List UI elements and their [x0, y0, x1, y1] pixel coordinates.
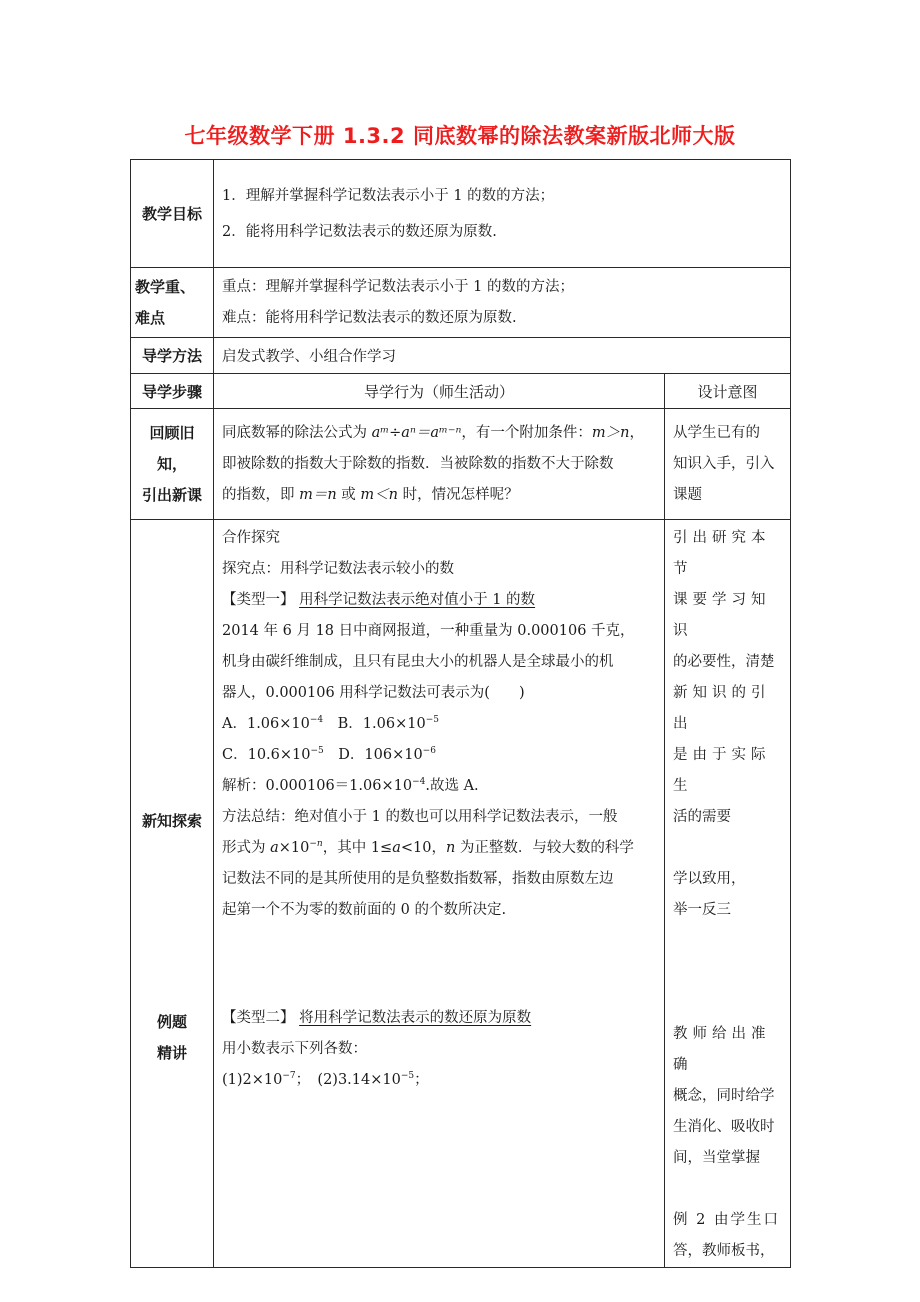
text: 同底数幂的除法公式为: [222, 425, 372, 441]
row-explore: 新知探索 例题 精讲 合作探究 探究点：用科学记数法表示较小的数 【类型一】 用…: [131, 520, 791, 1268]
text: 的指数，即: [222, 487, 299, 503]
intent-line: 活的需要: [673, 802, 782, 833]
label-key-points-line1: 教学重、: [135, 272, 209, 303]
type1-tag: 【类型一】: [222, 592, 295, 608]
explore-content: 合作探究 探究点：用科学记数法表示较小的数 【类型一】 用科学记数法表示绝对值小…: [214, 520, 665, 1268]
exponent: −5: [401, 1071, 414, 1081]
text: ，: [629, 425, 644, 441]
text: 形式为: [222, 840, 270, 856]
goal-2: 2．能将用科学记数法表示的数还原为原数.: [222, 214, 782, 250]
text: 为正整数．与较大数的科学: [455, 840, 634, 856]
text: <10，: [401, 840, 446, 856]
var: a: [392, 840, 401, 856]
text: 或: [337, 487, 361, 503]
label-examples-line2: 精讲: [135, 1038, 209, 1069]
type1-heading: 【类型一】 用科学记数法表示绝对值小于 1 的数: [222, 585, 656, 616]
text: ×10: [279, 840, 310, 856]
label-method: 导学方法: [131, 338, 214, 374]
row-teaching-goals: 教学目标 1．理解并掌握科学记数法表示小于 1 的数的方法； 2．能将用科学记数…: [131, 160, 791, 268]
header-steps: 导学步骤: [131, 374, 214, 409]
intent-line: 引出研究本节: [673, 523, 782, 585]
row-review: 回顾旧知， 引出新课 同底数幂的除法公式为 aᵐ÷aⁿ＝aᵐ⁻ⁿ，有一个附加条件…: [131, 409, 791, 520]
summary-line-4: 起第一个不为零的数前面的 0 的个数所决定.: [222, 895, 656, 926]
header-intent: 设计意图: [665, 374, 791, 409]
intent-line: 生消化、吸收时: [673, 1112, 782, 1143]
text: (1)2×10: [222, 1072, 282, 1088]
goal-1: 1．理解并掌握科学记数法表示小于 1 的数的方法；: [222, 178, 782, 214]
label-key-points-line2: 难点: [135, 303, 209, 334]
summary-line-3: 记数法不同的是其所使用的是负整数指数幂，指数由原数左边: [222, 864, 656, 895]
document-title: 七年级数学下册 1.3.2 同底数幂的除法教案新版北师大版: [0, 120, 920, 150]
intent-line: 的必要性，清楚: [673, 647, 782, 678]
options-ab: A．1.06×10−4 B．1.06×10−5: [222, 709, 656, 740]
intent-line: 新知识的引出: [673, 678, 782, 740]
spacer: [135, 520, 209, 810]
var: a: [270, 840, 279, 856]
option-c: C．10.6×10: [222, 747, 310, 763]
example-intro: 用小数表示下列各数：: [222, 1034, 656, 1065]
type2-title: 将用科学记数法表示的数还原为原数: [299, 1010, 531, 1026]
problem-line-3: 器人，0.000106 用科学记数法可表示为( ): [222, 678, 656, 709]
difficult-point: 难点：能将用科学记数法表示的数还原为原数.: [222, 303, 782, 334]
type2-tag: 【类型二】: [222, 1010, 295, 1026]
summary-line-1: 方法总结：绝对值小于 1 的数也可以用科学记数法表示，一般: [222, 802, 656, 833]
exponent: −7: [282, 1071, 295, 1081]
label-review-line2: 引出新课: [135, 480, 209, 511]
text: ，有一个附加条件：: [461, 425, 592, 441]
exponent: −6: [423, 746, 436, 756]
key-points-content: 重点：理解并掌握科学记数法表示小于 1 的数的方法； 难点：能将用科学记数法表示…: [214, 268, 791, 338]
spacer: [135, 831, 209, 1007]
label-review-line1: 回顾旧知，: [135, 418, 209, 480]
intent-line: 答，教师板书，: [673, 1236, 782, 1267]
row-column-header: 导学步骤 导学行为（师生活动） 设计意图: [131, 374, 791, 409]
option-b: B．1.06×10: [323, 716, 426, 732]
text: ； (2)3.14×10: [296, 1072, 401, 1088]
intent-line: 概念，同时给学: [673, 1081, 782, 1112]
spacer: [222, 926, 656, 1003]
text: 时，情况怎样呢？: [398, 487, 519, 503]
spacer: [673, 926, 782, 1019]
review-line-2: 即被除数的指数大于除数的指数．当被除数的指数不大于除数: [222, 449, 656, 480]
explore-intent: 引出研究本节 课要学习知识 的必要性，清楚 新知识的引出 是由于实际生 活的需要…: [665, 520, 791, 1268]
example-items: (1)2×10−7； (2)3.14×10−5；: [222, 1065, 656, 1096]
var: n: [446, 840, 455, 856]
method-content: 启发式教学、小组合作学习: [214, 338, 791, 374]
label-teaching-goals: 教学目标: [131, 160, 214, 268]
intent-line: 间，当堂掌握: [673, 1143, 782, 1174]
intent-line: 课题: [673, 480, 782, 511]
condition: m＞n: [592, 425, 630, 441]
text: ；: [414, 1072, 429, 1088]
summary-line-2: 形式为 a×10−n，其中 1≤a<10，n 为正整数．与较大数的科学: [222, 833, 656, 864]
intent-line: 教师给出准确: [673, 1019, 782, 1081]
intent-line: 课要学习知识: [673, 585, 782, 647]
type2-heading: 【类型二】 将用科学记数法表示的数还原为原数: [222, 1003, 656, 1034]
review-intent: 从学生已有的 知识入手，引入 课题: [665, 409, 791, 520]
exponent: −4: [310, 715, 323, 725]
problem-line-2: 机身由碳纤维制成，且只有昆虫大小的机器人是全球最小的机: [222, 647, 656, 678]
intent-line: 例 2 由学生口: [673, 1205, 782, 1236]
options-cd: C．10.6×10−5 D．106×10−6: [222, 740, 656, 771]
intent-line: 学以致用，: [673, 864, 782, 895]
review-content: 同底数幂的除法公式为 aᵐ÷aⁿ＝aᵐ⁻ⁿ，有一个附加条件：m＞n， 即被除数的…: [214, 409, 665, 520]
row-key-points: 教学重、 难点 重点：理解并掌握科学记数法表示小于 1 的数的方法； 难点：能将…: [131, 268, 791, 338]
exponent: −n: [309, 839, 322, 849]
review-line-3: 的指数，即 m＝n 或 m＜n 时，情况怎样呢？: [222, 480, 656, 511]
exponent: −4: [412, 777, 425, 787]
exponent: −5: [310, 746, 323, 756]
spacer: [673, 833, 782, 864]
row-method: 导学方法 启发式教学、小组合作学习: [131, 338, 791, 374]
condition: m＜n: [360, 487, 398, 503]
coop-explore: 合作探究: [222, 523, 656, 554]
review-line-1: 同底数幂的除法公式为 aᵐ÷aⁿ＝aᵐ⁻ⁿ，有一个附加条件：m＞n，: [222, 418, 656, 449]
key-point: 重点：理解并掌握科学记数法表示小于 1 的数的方法；: [222, 272, 782, 303]
intent-line: 从学生已有的: [673, 418, 782, 449]
label-examples-line1: 例题: [135, 1007, 209, 1038]
text: 解析：0.000106＝1.06×10: [222, 778, 412, 794]
problem-line-1: 2014 年 6 月 18 日中商网报道，一种重量为 0.000106 千克，: [222, 616, 656, 647]
option-a: A．1.06×10: [222, 716, 310, 732]
type1-title: 用科学记数法表示绝对值小于 1 的数: [299, 592, 535, 608]
exponent: −5: [426, 715, 439, 725]
condition: m＝n: [299, 487, 337, 503]
label-key-points: 教学重、 难点: [131, 268, 214, 338]
label-explore: 新知探索 例题 精讲: [131, 520, 214, 1268]
label-new-knowledge: 新知探索: [135, 810, 209, 831]
text: ，其中 1≤: [323, 840, 392, 856]
intent-line: 知识入手，引入: [673, 449, 782, 480]
goals-content: 1．理解并掌握科学记数法表示小于 1 的数的方法； 2．能将用科学记数法表示的数…: [214, 160, 791, 268]
formula: aᵐ÷aⁿ＝aᵐ⁻ⁿ: [372, 425, 462, 441]
option-d: D．106×10: [324, 747, 423, 763]
lesson-plan-table: 教学目标 1．理解并掌握科学记数法表示小于 1 的数的方法； 2．能将用科学记数…: [130, 159, 791, 1268]
intent-line: 举一反三: [673, 895, 782, 926]
label-review: 回顾旧知， 引出新课: [131, 409, 214, 520]
explore-point: 探究点：用科学记数法表示较小的数: [222, 554, 656, 585]
spacer: [673, 1174, 782, 1205]
intent-line: 是由于实际生: [673, 740, 782, 802]
header-activities: 导学行为（师生活动）: [214, 374, 665, 409]
analysis: 解析：0.000106＝1.06×10−4.故选 A.: [222, 771, 656, 802]
text: .故选 A.: [425, 778, 478, 794]
